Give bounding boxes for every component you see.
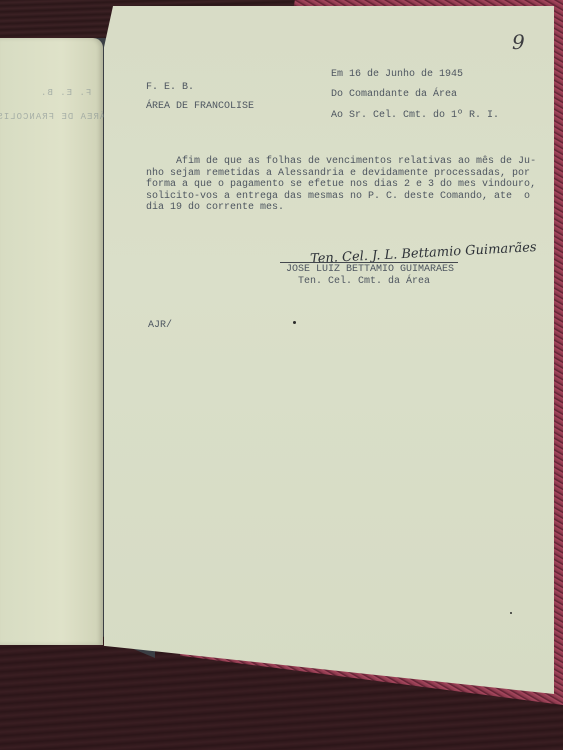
- facing-page-left: F. E. B. ÁREA DE FRANCOLISE: [0, 38, 103, 645]
- body-line: Afim de que as folhas de vencimentos rel…: [146, 156, 546, 168]
- body-line: nho sejam remetidas a Alessandria e devi…: [146, 168, 546, 180]
- body-line: solicito-vos a entrega das mesmas no P. …: [146, 191, 546, 203]
- ink-speck: [293, 321, 296, 324]
- bleed-through-line-2: ÁREA DE FRANCOLISE: [0, 112, 105, 122]
- header-from: Do Comandante da Área: [331, 89, 457, 101]
- body-line: forma a que o pagamento se efetue nos di…: [146, 179, 546, 191]
- bleed-through-line-1: F. E. B.: [40, 88, 91, 98]
- ink-speck: [510, 612, 512, 614]
- handwritten-page-number: 9: [512, 30, 525, 54]
- signature-line: [280, 262, 458, 263]
- header-to: Ao Sr. Cel. Cmt. do 1º R. I.: [331, 110, 499, 122]
- body-line: dia 19 do corrente mes.: [146, 202, 546, 214]
- header-date: Em 16 de Junho de 1945: [331, 69, 463, 81]
- signatory-title: Ten. Cel. Cmt. da Área: [298, 276, 430, 288]
- header-org: F. E. B.: [146, 82, 194, 94]
- reference-initials: AJR/: [148, 320, 172, 332]
- signatory-name: JOSE LUIZ BETTAMIO GUIMARAES: [286, 264, 454, 276]
- header-area: ÁREA DE FRANCOLISE: [146, 101, 254, 113]
- letter-body: Afim de que as folhas de vencimentos rel…: [146, 156, 546, 214]
